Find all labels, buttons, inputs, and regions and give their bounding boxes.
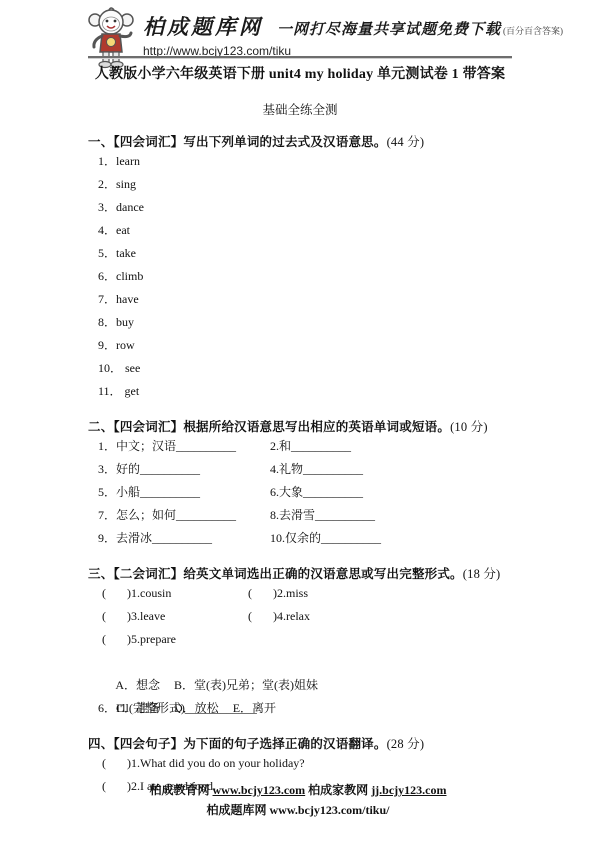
fill-in-item: 9．去滑冰__________ xyxy=(98,527,270,550)
section1-word-list: 1．learn 2．sing 3．dance 4．eat 5．take 6．cl… xyxy=(98,150,512,403)
section3-item6: 6．I'll(完整形式)____________ xyxy=(98,697,512,720)
header-text: 柏成题库网 一网打尽海量共享试题免费下载 (百分百含答案) http://www… xyxy=(143,7,563,58)
test-paper-page: 柏成题库网 一网打尽海量共享试题免费下载 (百分百含答案) http://www… xyxy=(0,0,596,842)
option-b: B．堂(表)兄弟；堂(表)姐妹 xyxy=(174,678,318,692)
page-footer: 柏成教育网 www.bcjy123.com 柏成家教网 jj.bcjy123.c… xyxy=(0,780,596,820)
section2-heading: 二、【四会词汇】根据所给汉语意思写出相应的英语单词或短语。(10 分) xyxy=(88,417,512,435)
fill-in-item: 5．小船__________ xyxy=(98,481,270,504)
section3-score: (18 分) xyxy=(463,567,501,581)
section4-score: (28 分) xyxy=(387,737,425,751)
fill-in-item: 2.和__________ xyxy=(270,435,512,458)
choice-item: ( )4.relax xyxy=(248,605,512,628)
section1-heading: 一、【四会词汇】写出下列单词的过去式及汉语意思。(44 分) xyxy=(88,132,512,150)
footer-link-jj-bcjy123[interactable]: jj.bcjy123.com xyxy=(371,783,446,797)
page-title: 人教版小学六年级英语下册 unit4 my holiday 单元测试卷 1 带答… xyxy=(88,63,512,83)
fill-in-item: 1．中文；汉语__________ xyxy=(98,435,270,458)
fill-in-item: 7．怎么；如何__________ xyxy=(98,504,270,527)
fill-in-item: 10.仅余的__________ xyxy=(270,527,512,550)
list-item: 10． see xyxy=(98,357,512,380)
list-item: 3．dance xyxy=(98,196,512,219)
page-subtitle: 基础全练全测 xyxy=(88,100,512,118)
choice-item xyxy=(248,628,512,651)
section2-heading-text: 二、【四会词汇】根据所给汉语意思写出相应的英语单词或短语。 xyxy=(88,420,450,434)
section3-choice-grid: ( )1.cousin ( )2.miss ( )3.leave ( )4.re… xyxy=(102,582,512,651)
list-item: 4．eat xyxy=(98,219,512,242)
fill-in-item: 4.礼物__________ xyxy=(270,458,512,481)
list-item: 7．have xyxy=(98,288,512,311)
brand-tagline: 一网打尽海量共享试题免费下载 xyxy=(277,18,501,39)
choice-item: ( )3.leave xyxy=(102,605,248,628)
fill-in-item: 6.大象__________ xyxy=(270,481,512,504)
document-content: 人教版小学六年级英语下册 unit4 my holiday 单元测试卷 1 带答… xyxy=(88,60,512,798)
section4-heading-text: 四、【四会句子】为下面的句子选择正确的汉语翻译。 xyxy=(88,737,387,751)
header-divider xyxy=(88,56,512,59)
brand-tagline-note: (百分百含答案) xyxy=(503,24,563,37)
choice-item: ( )2.miss xyxy=(248,582,512,605)
section4-heading: 四、【四会句子】为下面的句子选择正确的汉语翻译。(28 分) xyxy=(88,734,512,752)
section2-fill-in-grid: 1．中文；汉语__________ 2.和__________ 3．好的____… xyxy=(98,435,512,550)
footer-text: 柏成家教网 xyxy=(305,783,371,797)
section3-heading: 三、【二会词汇】给英文单词选出正确的汉语意思或写出完整形式。(18 分) xyxy=(88,564,512,582)
footer-line2: 柏成题库网 www.bcjy123.com/tiku/ xyxy=(0,800,596,820)
list-item: 11． get xyxy=(98,380,512,403)
list-item: 9．row xyxy=(98,334,512,357)
section3-heading-text: 三、【二会词汇】给英文单词选出正确的汉语意思或写出完整形式。 xyxy=(88,567,463,581)
footer-line1: 柏成教育网 www.bcjy123.com 柏成家教网 jj.bcjy123.c… xyxy=(0,780,596,800)
section1-score: (44 分) xyxy=(387,135,425,149)
footer-link-bcjy123[interactable]: www.bcjy123.com xyxy=(213,783,306,797)
fill-in-item: 3．好的__________ xyxy=(98,458,270,481)
sentence-item: ( )1.What did you do on your holiday? xyxy=(102,752,512,775)
brand-name: 柏成题库网 xyxy=(143,11,263,41)
section2-score: (10 分) xyxy=(450,420,488,434)
section3-options-row1: A．想念B．堂(表)兄弟；堂(表)姐妹 xyxy=(98,651,512,674)
section1-heading-text: 一、【四会词汇】写出下列单词的过去式及汉语意思。 xyxy=(88,135,387,149)
list-item: 2．sing xyxy=(98,173,512,196)
footer-text: 柏成教育网 xyxy=(150,783,213,797)
list-item: 1．learn xyxy=(98,150,512,173)
list-item: 8．buy xyxy=(98,311,512,334)
fill-in-item: 8.去滑雪__________ xyxy=(270,504,512,527)
choice-item: ( )1.cousin xyxy=(102,582,248,605)
list-item: 5．take xyxy=(98,242,512,265)
choice-item: ( )5.prepare xyxy=(102,628,248,651)
list-item: 6．climb xyxy=(98,265,512,288)
option-a: A．想念 xyxy=(115,678,160,692)
